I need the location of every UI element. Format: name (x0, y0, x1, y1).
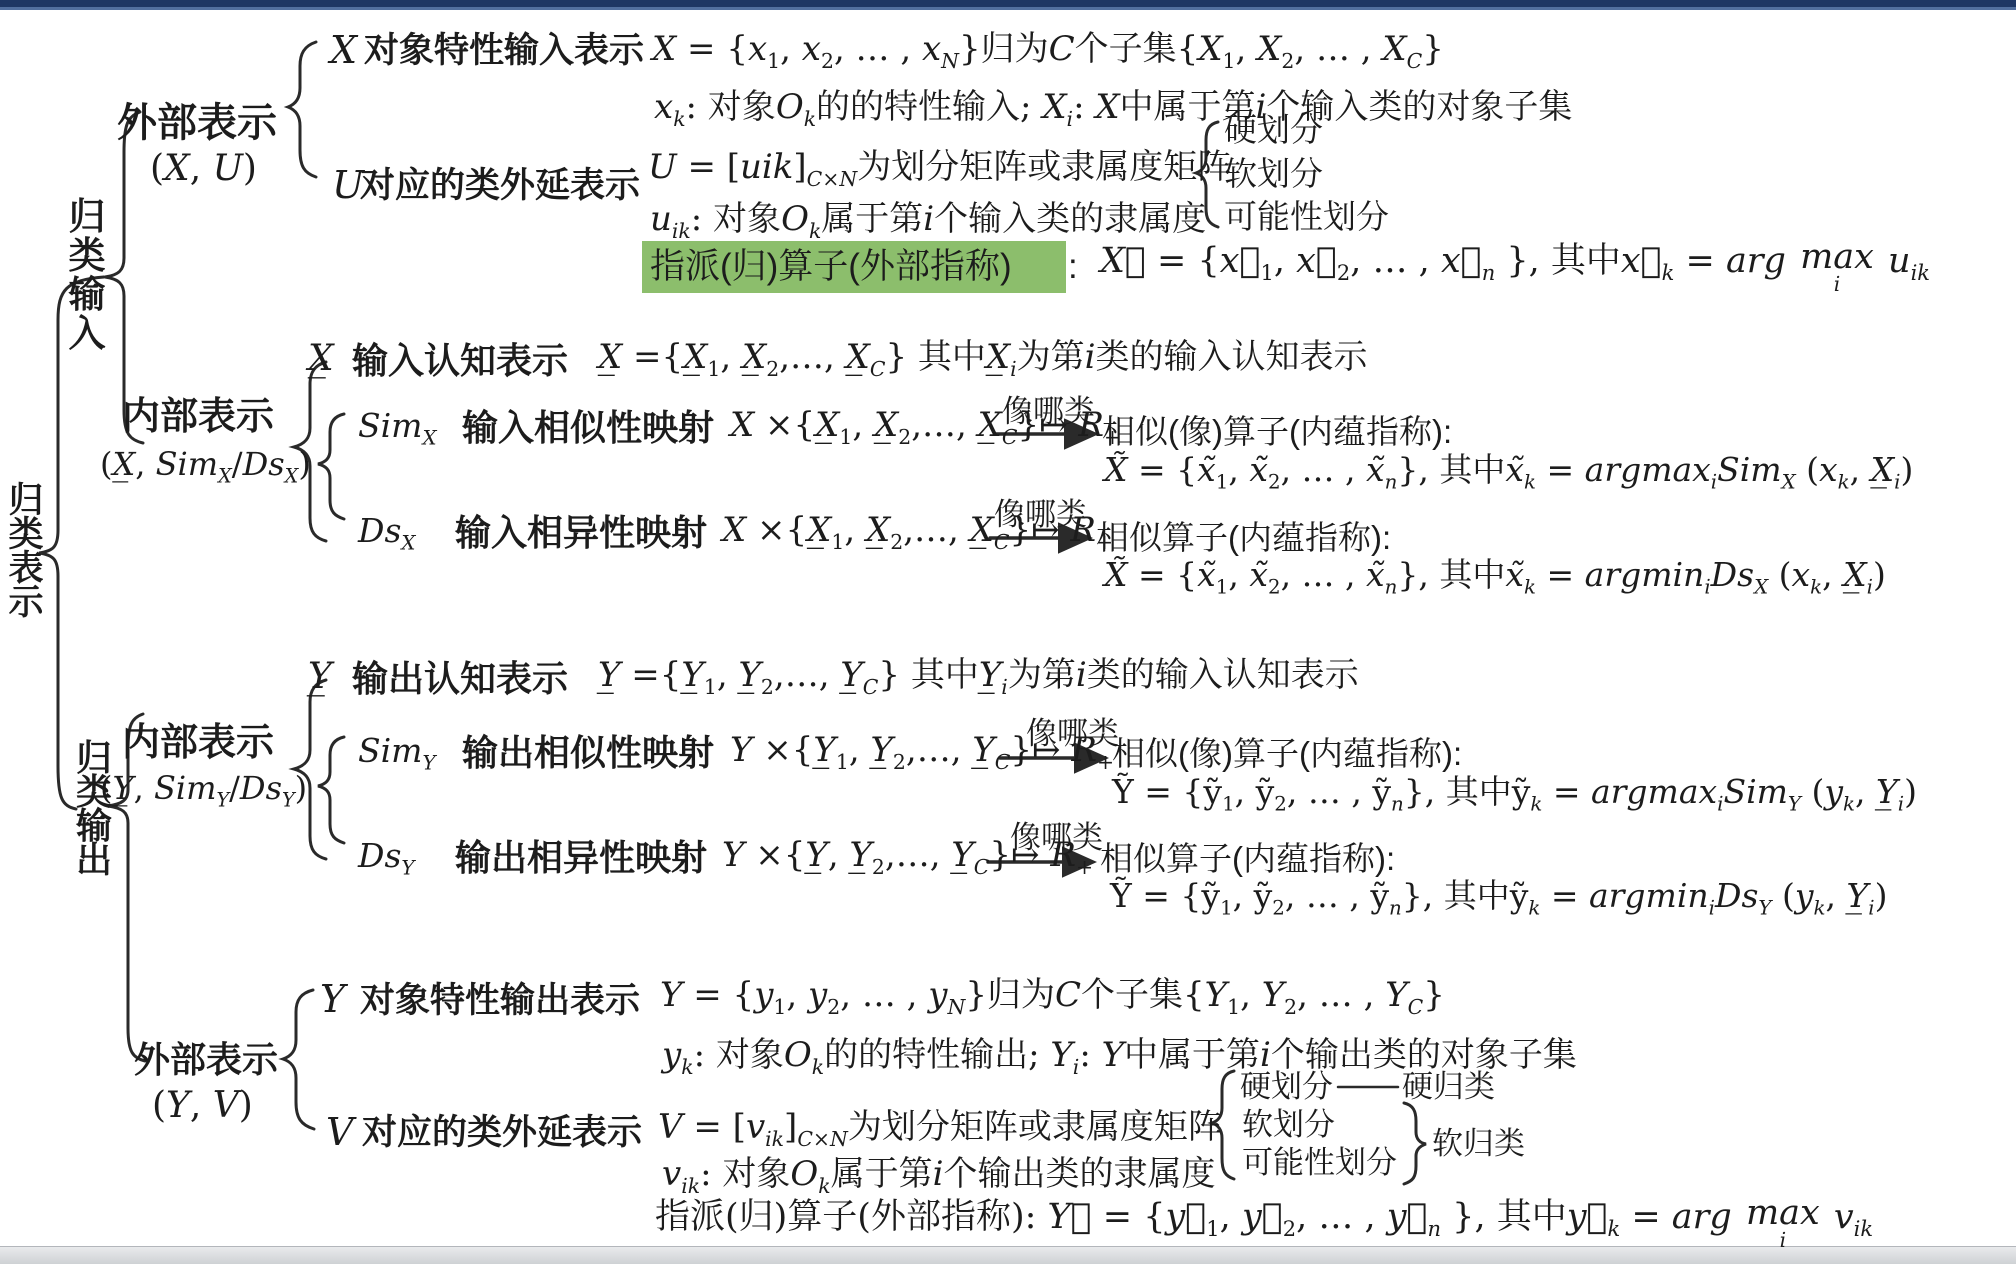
s2-simx-result-formula: X̃ = {x̃1, x̃2, … , x̃n}, 其中x̃k = argmax… (1104, 452, 1913, 494)
s2-row-xu-label: 输入认知表示 (352, 341, 568, 381)
s3-simy-result-formula: Ỹ = {ỹ1, ỹ2, … , ỹn}, 其中ỹk = argmaxiSimY… (1112, 774, 1917, 816)
brace-s3-inner (318, 737, 344, 843)
s2-subtitle: (X̲, SimX/DsX) (100, 447, 311, 487)
s4-partition-hard-result: 硬归类 (1402, 1070, 1495, 1105)
s4-row-v-formula: V = [vik]C×N为划分矩阵或隶属度矩阵 (658, 1108, 1222, 1151)
s4-title: 外部表示 (134, 1040, 278, 1080)
s2-dsx-result-title: 相似算子(内蕴指称): (1096, 520, 1391, 557)
s1-row-xk-note: xk: 对象Ok的的特性输入; Xi: X中属于第i个输入类的对象子集 (654, 88, 1572, 131)
s3-simy-result-title: 相似(像)算子(内蕴指称): (1112, 736, 1462, 773)
s1-assignment-colon: : (1068, 247, 1078, 286)
s1-row-x-key: X (330, 29, 357, 72)
brace-input-branch (105, 112, 143, 443)
s3-dsy-result-title: 相似算子(内蕴指称): (1100, 841, 1395, 878)
s2-row-simx-key: SimX (358, 408, 437, 450)
s3-row-yu-label: 输出认知表示 (352, 659, 568, 699)
s1-partition-soft: 软划分 (1224, 156, 1323, 193)
s3-subtitle: (Y̲, SimY/DsY) (100, 771, 307, 811)
s4-partition-possibilistic: 可能性划分 (1242, 1146, 1397, 1181)
s4-row-vik-note: vik: 对象Ok属于第i个输出类的隶属度 (662, 1155, 1215, 1198)
s4-row-y-formula: Y = {y1, y2, … , yN}归为C个子集{Y1, Y2, … , Y… (660, 976, 1445, 1019)
s1-row-x-label: 对象特性输入表示 (364, 31, 644, 70)
s4-partition-soft-result: 软归类 (1432, 1127, 1525, 1162)
s3-row-simy-label: 输出相似性映射 (462, 733, 714, 773)
s2-dsx-arrow-label: 像哪类 (994, 498, 1087, 533)
s1-partition-possibilistic: 可能性划分 (1224, 199, 1389, 236)
brace-s1 (288, 42, 316, 177)
s2-row-xu-formula: X̲ ={X̲1, X̲2,…, X̲C} 其中X̲i为第i类的输入认知表示 (598, 338, 1368, 381)
s3-simy-arrow-label: 像哪类 (1026, 717, 1119, 752)
s3-dsy-arrow-label: 像哪类 (1010, 821, 1103, 856)
s4-row-v-label: 对应的类外延表示 (362, 1113, 642, 1152)
s1-row-u-formula: U = [uik]C×N为划分矩阵或隶属度矩阵 (648, 148, 1231, 191)
s4-row-v-key: V (326, 1111, 353, 1154)
s1-row-x-formula: X = {x1, x2, … , xN}归为C个子集{X1, X2, … , X… (652, 30, 1444, 73)
s2-simx-result-title: 相似(像)算子(内蕴指称): (1102, 414, 1452, 451)
s1-row-uik-note: uik: 对象Ok属于第i个输入类的隶属度 (650, 200, 1206, 243)
s4-assignment-row: 指派(归)算子(外部指称): Y⃗ = {y⃗1, y⃗2, … , y⃗n }… (655, 1196, 1873, 1249)
s4-row-y-key: Y (320, 978, 345, 1021)
s2-dsx-result-formula: X̃ = {x̃1, x̃2, … , x̃n}, 其中x̃k = argmin… (1104, 557, 1886, 599)
brace-root (39, 277, 104, 809)
s2-row-dsx-key: DsX (358, 513, 416, 555)
input-branch-label: 归类输入 (66, 197, 108, 353)
s2-row-dsx-label: 输入相异性映射 (455, 513, 707, 553)
brace-s2-inner (318, 414, 344, 519)
brace-s4-soft (1404, 1103, 1426, 1184)
s3-row-dsy-label: 输出相异性映射 (455, 838, 707, 878)
s1-title: 外部表示 (117, 101, 277, 146)
top-bar-dark (0, 0, 2016, 7)
slide-canvas: 归类表示 归类输入 归类输出 外部表示 (X, U) X 对象特性输入表示 X … (0, 0, 2016, 1264)
s4-partition-soft: 软划分 (1242, 1108, 1335, 1143)
s1-assignment-label: 指派(归)算子(外部指称) (650, 247, 1012, 286)
s1-assignment-formula: X⃗ = {x⃗1, x⃗2, … , x⃗n }, 其中x⃗k = arg m… (1100, 240, 1930, 293)
s2-title: 内部表示 (122, 396, 274, 439)
s1-row-u-label: 对应的类外延表示 (360, 166, 640, 205)
s3-row-yu-formula: Y̲ ={Y̲1, Y̲2,…, Y̲C} 其中Y̲i为第i类的输入认知表示 (598, 656, 1359, 699)
root-label: 归类表示 (6, 484, 46, 620)
s1-partition-hard: 硬划分 (1224, 112, 1323, 149)
s4-row-y-label: 对象特性输出表示 (360, 981, 640, 1020)
s3-row-simy-key: SimY (358, 733, 436, 775)
s2-row-xu-key: X̲ (308, 339, 334, 379)
s3-row-yu-key: Y̲ (308, 657, 332, 697)
s3-title: 内部表示 (122, 722, 274, 765)
s4-partition-hard: 硬划分 (1240, 1070, 1333, 1105)
brace-s4 (283, 990, 314, 1129)
s2-simx-arrow-label: 像哪类 (1002, 395, 1095, 430)
s4-subtitle: (Y, V) (152, 1086, 253, 1126)
s3-row-dsy-key: DsY (358, 838, 414, 880)
s3-dsy-result-formula: Ỹ = {ỹ1, ỹ2, … , ỹn}, 其中ỹk = argminiDsY … (1110, 878, 1887, 920)
s2-row-simx-label: 输入相似性映射 (462, 408, 714, 448)
top-bar-light (0, 7, 2016, 10)
s1-subtitle: (X, U) (150, 149, 257, 189)
